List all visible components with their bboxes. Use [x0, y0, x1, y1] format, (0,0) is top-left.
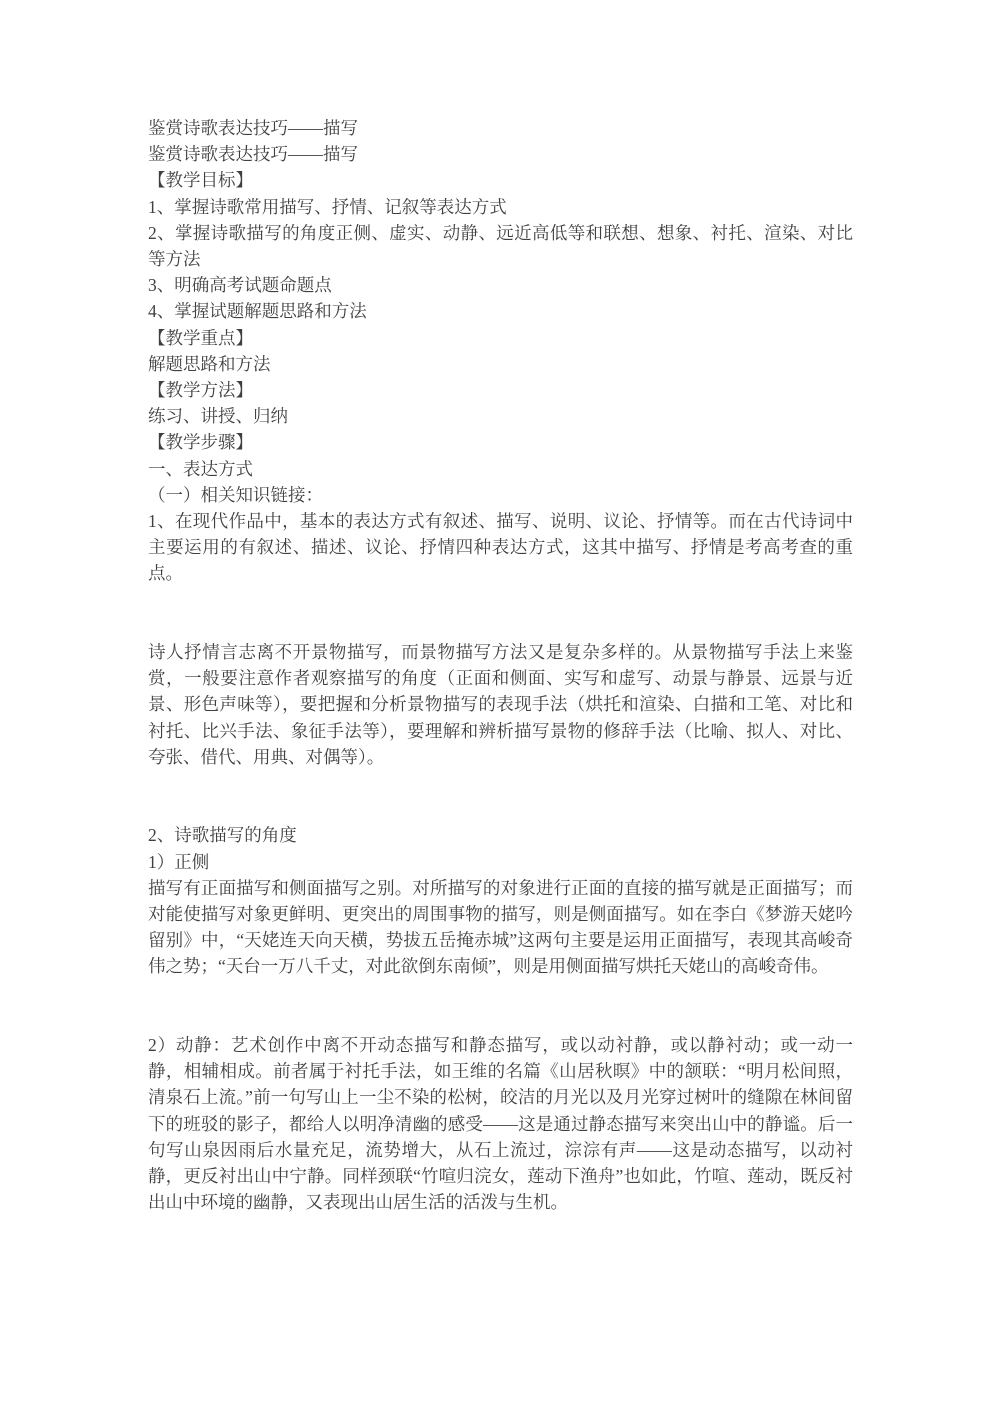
section-heading: 【教学步骤】 — [148, 429, 853, 455]
sub-heading: 2、诗歌描写的角度 — [148, 822, 853, 848]
paragraph: 诗人抒情言志离不开景物描写，而景物描写方法又是复杂多样的。从景物描写手法上来鉴赏… — [148, 639, 853, 770]
blank-lines — [148, 980, 853, 1032]
paragraph: 解题思路和方法 — [148, 351, 853, 377]
list-item: 1、掌握诗歌常用描写、抒情、记叙等表达方式 — [148, 194, 853, 220]
section-heading: 【教学方法】 — [148, 377, 853, 403]
section-heading: 【教学目标】 — [148, 167, 853, 193]
list-item: 4、掌握试题解题思路和方法 — [148, 298, 853, 324]
section-heading: 【教学重点】 — [148, 325, 853, 351]
document-body: 鉴赏诗歌表达技巧——描写鉴赏诗歌表达技巧——描写【教学目标】1、掌握诗歌常用描写… — [148, 115, 853, 1215]
sub-heading: 一、表达方式 — [148, 456, 853, 482]
document-title: 鉴赏诗歌表达技巧——描写 — [148, 141, 853, 167]
sub-heading: （一）相关知识链接： — [148, 482, 853, 508]
paragraph: 描写有正面描写和侧面描写之别。对所描写的对象进行正面的直接的描写就是正面描写；而… — [148, 875, 853, 980]
blank-lines — [148, 770, 853, 822]
document-page: 鉴赏诗歌表达技巧——描写鉴赏诗歌表达技巧——描写【教学目标】1、掌握诗歌常用描写… — [0, 0, 993, 1404]
paragraph: 练习、讲授、归纳 — [148, 403, 853, 429]
document-title: 鉴赏诗歌表达技巧——描写 — [148, 115, 853, 141]
blank-lines — [148, 587, 853, 639]
paragraph: 1、在现代作品中，基本的表达方式有叙述、描写、说明、议论、抒情等。而在古代诗词中… — [148, 508, 853, 587]
list-item: 3、明确高考试题命题点 — [148, 272, 853, 298]
sub-heading: 1）正侧 — [148, 849, 853, 875]
list-item: 2、掌握诗歌描写的角度正侧、虚实、动静、远近高低等和联想、想象、衬托、渲染、对比… — [148, 220, 853, 272]
paragraph: 2）动静：艺术创作中离不开动态描写和静态描写，或以动衬静，或以静衬动；或一动一静… — [148, 1032, 853, 1215]
